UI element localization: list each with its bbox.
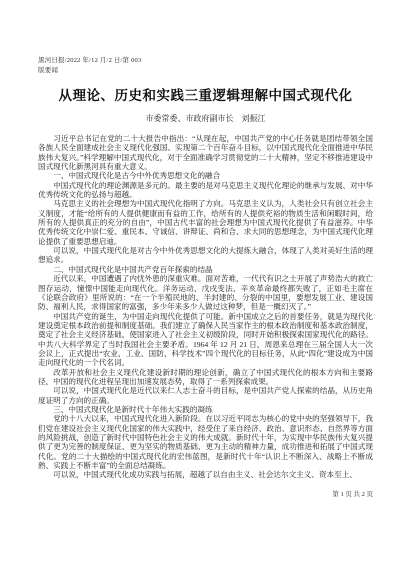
masthead: 黑河日报/2022 年/12 月/2 日/第 003 版要闻 (38, 56, 373, 75)
body-paragraph: 可以说，中国式现代化成功实践与拓展，超越了以自由主义、社会达尔文主义、资本至上、 (38, 470, 373, 479)
masthead-source-line: 黑河日报/2022 年/12 月/2 日/第 003 (38, 56, 373, 66)
article-title: 从理论、历史和实践三重逻辑理解中国式现代化 (38, 88, 373, 104)
article-body: 习近平总书记在党的二十大报告中指出：“从现在起，中国共产党的中心任务就是团结带领… (38, 134, 373, 480)
body-paragraph: 习近平总书记在党的二十大报告中指出：“从现在起，中国共产党的中心任务就是团结带领… (38, 134, 373, 171)
body-paragraph: 改革开放和社会主义现代化建设新时期的理论创新，确立了中国式现代化的根本方向和主要… (38, 368, 373, 387)
article-byline: 市委常委、市政府副市长 刘振江 (38, 113, 373, 124)
body-paragraph: 近代以来，中国遭遇了内忧外患的深重灾难。面对苦难，一代代有识之士开展了声势浩大的… (38, 274, 373, 311)
section-heading-2: 二、中国式现代化是中国共产党百年探索的结晶 (38, 265, 373, 274)
section-heading-1: 一、中国式现代化是古今中外优秀思想文化的融合 (38, 171, 373, 180)
masthead-section-line: 版要闻 (38, 66, 373, 76)
page-number: 第 1 页 共 2 页 (38, 489, 373, 498)
body-paragraph: 党的十八大以来，中国式现代化进入新阶段。在以习近平同志为核心的党中央的坚强领导下… (38, 414, 373, 470)
section-heading-3: 三、中国式现代化是新时代十年伟大实践的凝练 (38, 405, 373, 414)
body-paragraph: 马克思主义的社会理想为中国式现代化指明了方向。马克思主义认为，人类社会只有创立社… (38, 199, 373, 246)
body-paragraph: 中国共产党的诞生，为中国走向现代化提供了可能。新中国成立之后的首要任务，就是为现… (38, 312, 373, 368)
document-page: 黑河日报/2022 年/12 月/2 日/第 003 版要闻 从理论、历史和实践… (0, 0, 410, 580)
body-paragraph: 中国式现代化的理论渊源是多元的。最主要的是对马克思主义现代化理论的继承与发展、对… (38, 181, 373, 200)
body-paragraph: 可以说，中国式现代化是近代以来仁人志士奋斗的目标，是中国共产党人探索的结晶，从历… (38, 386, 373, 405)
body-paragraph: 可以说，中国式现代化是对古今中外优秀思想文化的大提炼大融合，体现了人类对美好生活… (38, 246, 373, 265)
